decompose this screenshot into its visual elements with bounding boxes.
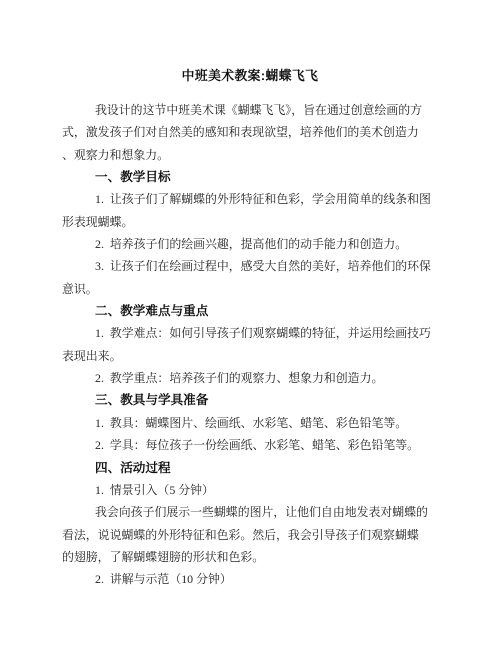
difficulty-item: 1. 教学难点：如何引导孩子们观察蝴蝶的特征，并运用绘画技巧 表现出来。 bbox=[62, 322, 434, 367]
document-body: 我设计的这节中班美术课《蝴蝶飞飞》，旨在通过创意绘画的方 式，激发孩子们对自然美… bbox=[62, 99, 434, 591]
section-2-heading: 二、教学难点与重点 bbox=[62, 300, 434, 322]
intro-paragraph: 我设计的这节中班美术课《蝴蝶飞飞》，旨在通过创意绘画的方 式，激发孩子们对自然美… bbox=[62, 99, 434, 166]
objective-item-3: 3. 让孩子们在绘画过程中，感受大自然的美好，培养他们的环保 意识。 bbox=[62, 255, 434, 300]
teaching-aids-item: 1. 教具：蝴蝶图片、绘画纸、水彩笔、蜡笔、彩色铅笔等。 bbox=[62, 412, 434, 434]
student-supplies-item: 2. 学具：每位孩子一份绘画纸、水彩笔、蜡笔、彩色铅笔等。 bbox=[62, 434, 434, 456]
objective-item-1: 1. 让孩子们了解蝴蝶的外形特征和色彩，学会用简单的线条和图 形表现蝴蝶。 bbox=[62, 188, 434, 233]
section-1-heading: 一、教学目标 bbox=[62, 166, 434, 188]
activity-step-2: 2. 讲解与示范（10 分钟） bbox=[62, 568, 434, 590]
focus-item: 2. 教学重点：培养孩子们的观察力、想象力和创造力。 bbox=[62, 367, 434, 389]
document-page: 中班美术教案:蝴蝶飞飞 我设计的这节中班美术课《蝴蝶飞飞》，旨在通过创意绘画的方… bbox=[0, 0, 500, 647]
objective-item-2: 2. 培养孩子们的绘画兴趣，提高他们的动手能力和创造力。 bbox=[62, 233, 434, 255]
section-3-heading: 三、教具与学具准备 bbox=[62, 389, 434, 411]
activity-step-1: 1. 情景引入（5 分钟） bbox=[62, 479, 434, 501]
document-title: 中班美术教案:蝴蝶飞飞 bbox=[0, 0, 500, 86]
scene-intro-paragraph: 我会向孩子们展示一些蝴蝶的图片，让他们自由地发表对蝴蝶的 看法，说说蝴蝶的外形特… bbox=[62, 501, 434, 568]
section-4-heading: 四、活动过程 bbox=[62, 457, 434, 479]
